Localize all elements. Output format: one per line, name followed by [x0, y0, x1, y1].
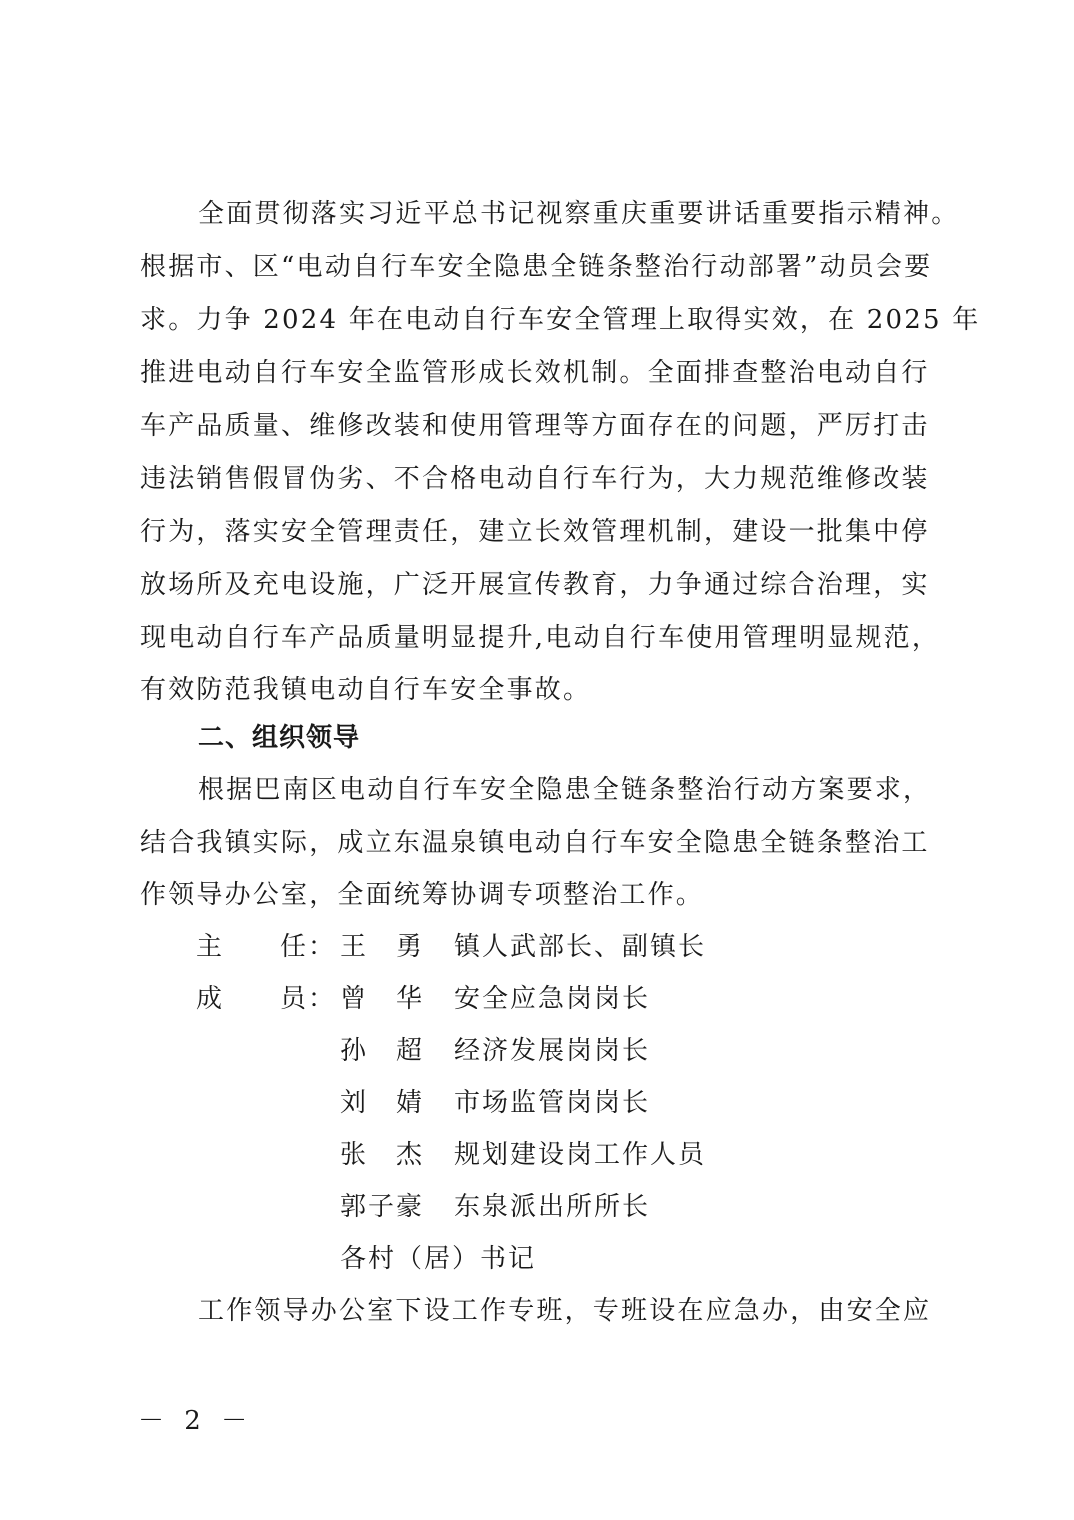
paragraph-1-line: 车产品质量、维修改装和使用管理等方面存在的问题，严厉打击 [140, 408, 960, 444]
paragraph-2-line: 结合我镇实际，成立东温泉镇电动自行车安全隐患全链条整治工 [140, 825, 960, 861]
roster-name: 刘 婧 [340, 1085, 450, 1121]
paragraph-1-line: 推进电动自行车安全监管形成长效机制。全面排查整治电动自行 [140, 355, 960, 391]
roster-role-members: 成 员： [196, 981, 336, 1017]
paragraph-2-line: 根据巴南区电动自行车安全隐患全链条整治行动方案要求， [198, 772, 1018, 808]
roster-role-director: 主 任： [196, 929, 336, 965]
roster-name: 孙 超 [340, 1033, 450, 1069]
paragraph-1-line: 有效防范我镇电动自行车安全事故。 [140, 672, 960, 708]
document-page: 全面贯彻落实习近平总书记视察重庆重要讲话重要指示精神。 根据市、区“电动自行车安… [0, 0, 1074, 1520]
roster-title: 安全应急岗岗长 [454, 981, 650, 1017]
paragraph-1-line: 行为，落实安全管理责任，建立长效管理机制，建设一批集中停 [140, 514, 960, 550]
roster-title: 经济发展岗岗长 [454, 1033, 650, 1069]
roster-title: 规划建设岗工作人员 [454, 1137, 706, 1173]
roster-title: 市场监管岗岗长 [454, 1085, 650, 1121]
roster-name: 曾 华 [340, 981, 450, 1017]
paragraph-1-line: 违法销售假冒伪劣、不合格电动自行车行为，大力规范维修改装 [140, 461, 960, 497]
paragraph-1-line: 求。力争 2024 年在电动自行车安全管理上取得实效，在 2025 年 [140, 302, 960, 338]
paragraph-1-line: 全面贯彻落实习近平总书记视察重庆重要讲话重要指示精神。 [198, 196, 1018, 232]
paragraph-1-line: 放场所及充电设施，广泛开展宣传教育，力争通过综合治理，实 [140, 567, 960, 603]
section-heading: 二、组织领导 [198, 720, 1018, 756]
roster-name: 郭子豪 [340, 1189, 450, 1225]
paragraph-3-line: 工作领导办公室下设工作专班，专班设在应急办，由安全应 [198, 1293, 1018, 1329]
paragraph-1-line: 根据市、区“电动自行车安全隐患全链条整治行动部署”动员会要 [140, 249, 960, 285]
paragraph-1-line: 现电动自行车产品质量明显提升,电动自行车使用管理明显规范， [140, 620, 960, 656]
roster-name: 王 勇 [340, 929, 450, 965]
paragraph-2-line: 作领导办公室，全面统筹协调专项整治工作。 [140, 877, 960, 913]
roster-name: 张 杰 [340, 1137, 450, 1173]
roster-title: 东泉派出所所长 [454, 1189, 650, 1225]
roster-name: 各村（居）书记 [340, 1241, 536, 1277]
roster-title: 镇人武部长、副镇长 [454, 929, 706, 965]
page-number: － 2 － [138, 1403, 253, 1439]
